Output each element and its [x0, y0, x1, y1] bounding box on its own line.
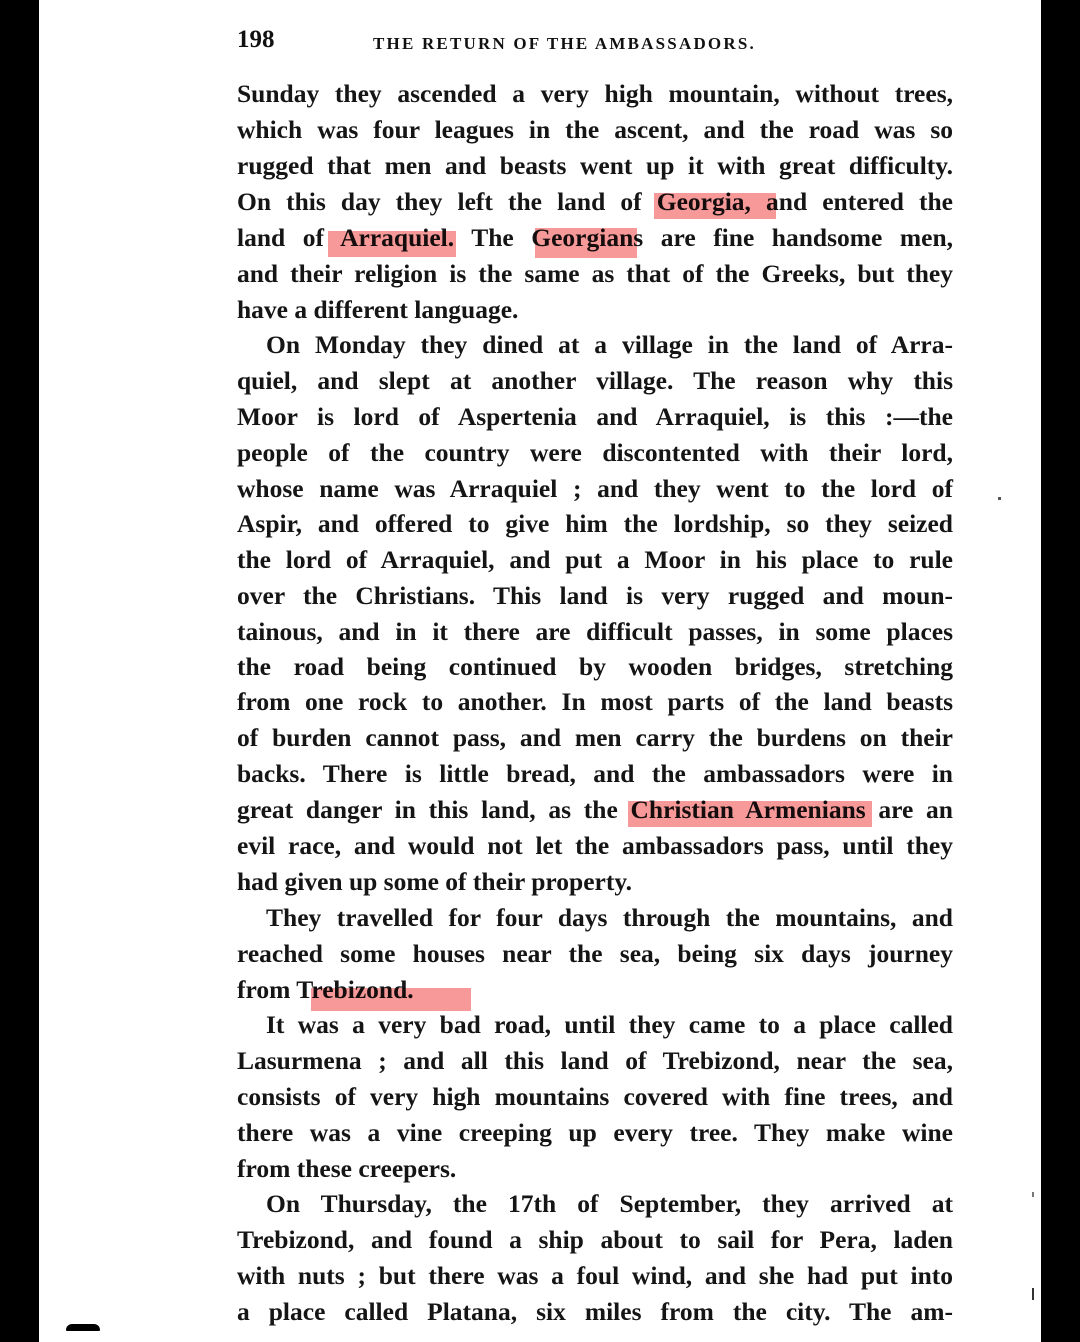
text-line: the road being continued by wooden bridg… [237, 649, 953, 685]
text-line: of burden cannot pass, and men carry the… [237, 720, 953, 756]
text-line: On Monday they dined at a village in the… [266, 327, 953, 363]
text-line: a place called Platana, six miles from t… [237, 1294, 953, 1330]
text-line: On this day they left the land of Georgi… [237, 184, 953, 220]
text-line: consists of very high mountains covered … [237, 1079, 953, 1115]
text-line: rugged that men and beasts went up it wi… [237, 148, 953, 184]
margin-tick-mark [1032, 1288, 1034, 1300]
text-line: great danger in this land, as the Christ… [237, 792, 953, 828]
text-line: Lasurmena ; and all this land of Trebizo… [237, 1043, 953, 1079]
text-line: quiel, and slept at another village. The… [237, 363, 953, 399]
text-line: land of Arraquiel. The Georgians are fin… [237, 220, 953, 256]
text-line: from one rock to another. In most parts … [237, 684, 953, 720]
text-line: reached some houses near the sea, being … [237, 936, 953, 972]
text-line: have a different language. [237, 292, 953, 328]
text-line: evil race, and would not let the ambassa… [237, 828, 953, 864]
text-line: Trebizond, and found a ship about to sai… [237, 1222, 953, 1258]
margin-tick-mark-small [1032, 1192, 1034, 1197]
running-head: 198 THE RETURN OF THE AMBASSADORS. [237, 26, 957, 60]
text-line: Sunday they ascended a very high mountai… [237, 76, 953, 112]
text-line: with nuts ; but there was a foul wind, a… [237, 1258, 953, 1294]
right-black-border [1041, 0, 1080, 1342]
text-line: tainous, and in it there are difficult p… [237, 614, 953, 650]
text-line: They travelled for four days through the… [266, 900, 953, 936]
text-line: backs. There is little bread, and the am… [237, 756, 953, 792]
text-line: It was a very bad road, until they came … [266, 1007, 953, 1043]
text-line: Aspir, and offered to give him the lords… [237, 506, 953, 542]
book-page: 198 THE RETURN OF THE AMBASSADORS. Sunda… [39, 0, 1041, 1342]
text-line: whose name was Arraquiel ; and they went… [237, 471, 953, 507]
text-line: people of the country were discontented … [237, 435, 953, 471]
page-number: 198 [237, 26, 275, 54]
text-line: over the Christians. This land is very r… [237, 578, 953, 614]
running-head-title: THE RETURN OF THE AMBASSADORS. [373, 34, 756, 54]
margin-speck [998, 497, 1001, 500]
text-line: had given up some of their property. [237, 864, 953, 900]
text-line: On Thursday, the 17th of September, they… [266, 1186, 953, 1222]
text-line: from these creepers. [237, 1151, 953, 1187]
text-line: from Trebizond. [237, 972, 953, 1008]
text-line: and their religion is the same as that o… [237, 256, 953, 292]
text-line: which was four leagues in the ascent, an… [237, 112, 953, 148]
text-line: Moor is lord of Aspertenia and Arraquiel… [237, 399, 953, 435]
text-line: the lord of Arraquiel, and put a Moor in… [237, 542, 953, 578]
text-line: there was a vine creeping up every tree.… [237, 1115, 953, 1151]
margin-dash-mark [66, 1324, 100, 1331]
left-black-border [0, 0, 39, 1342]
